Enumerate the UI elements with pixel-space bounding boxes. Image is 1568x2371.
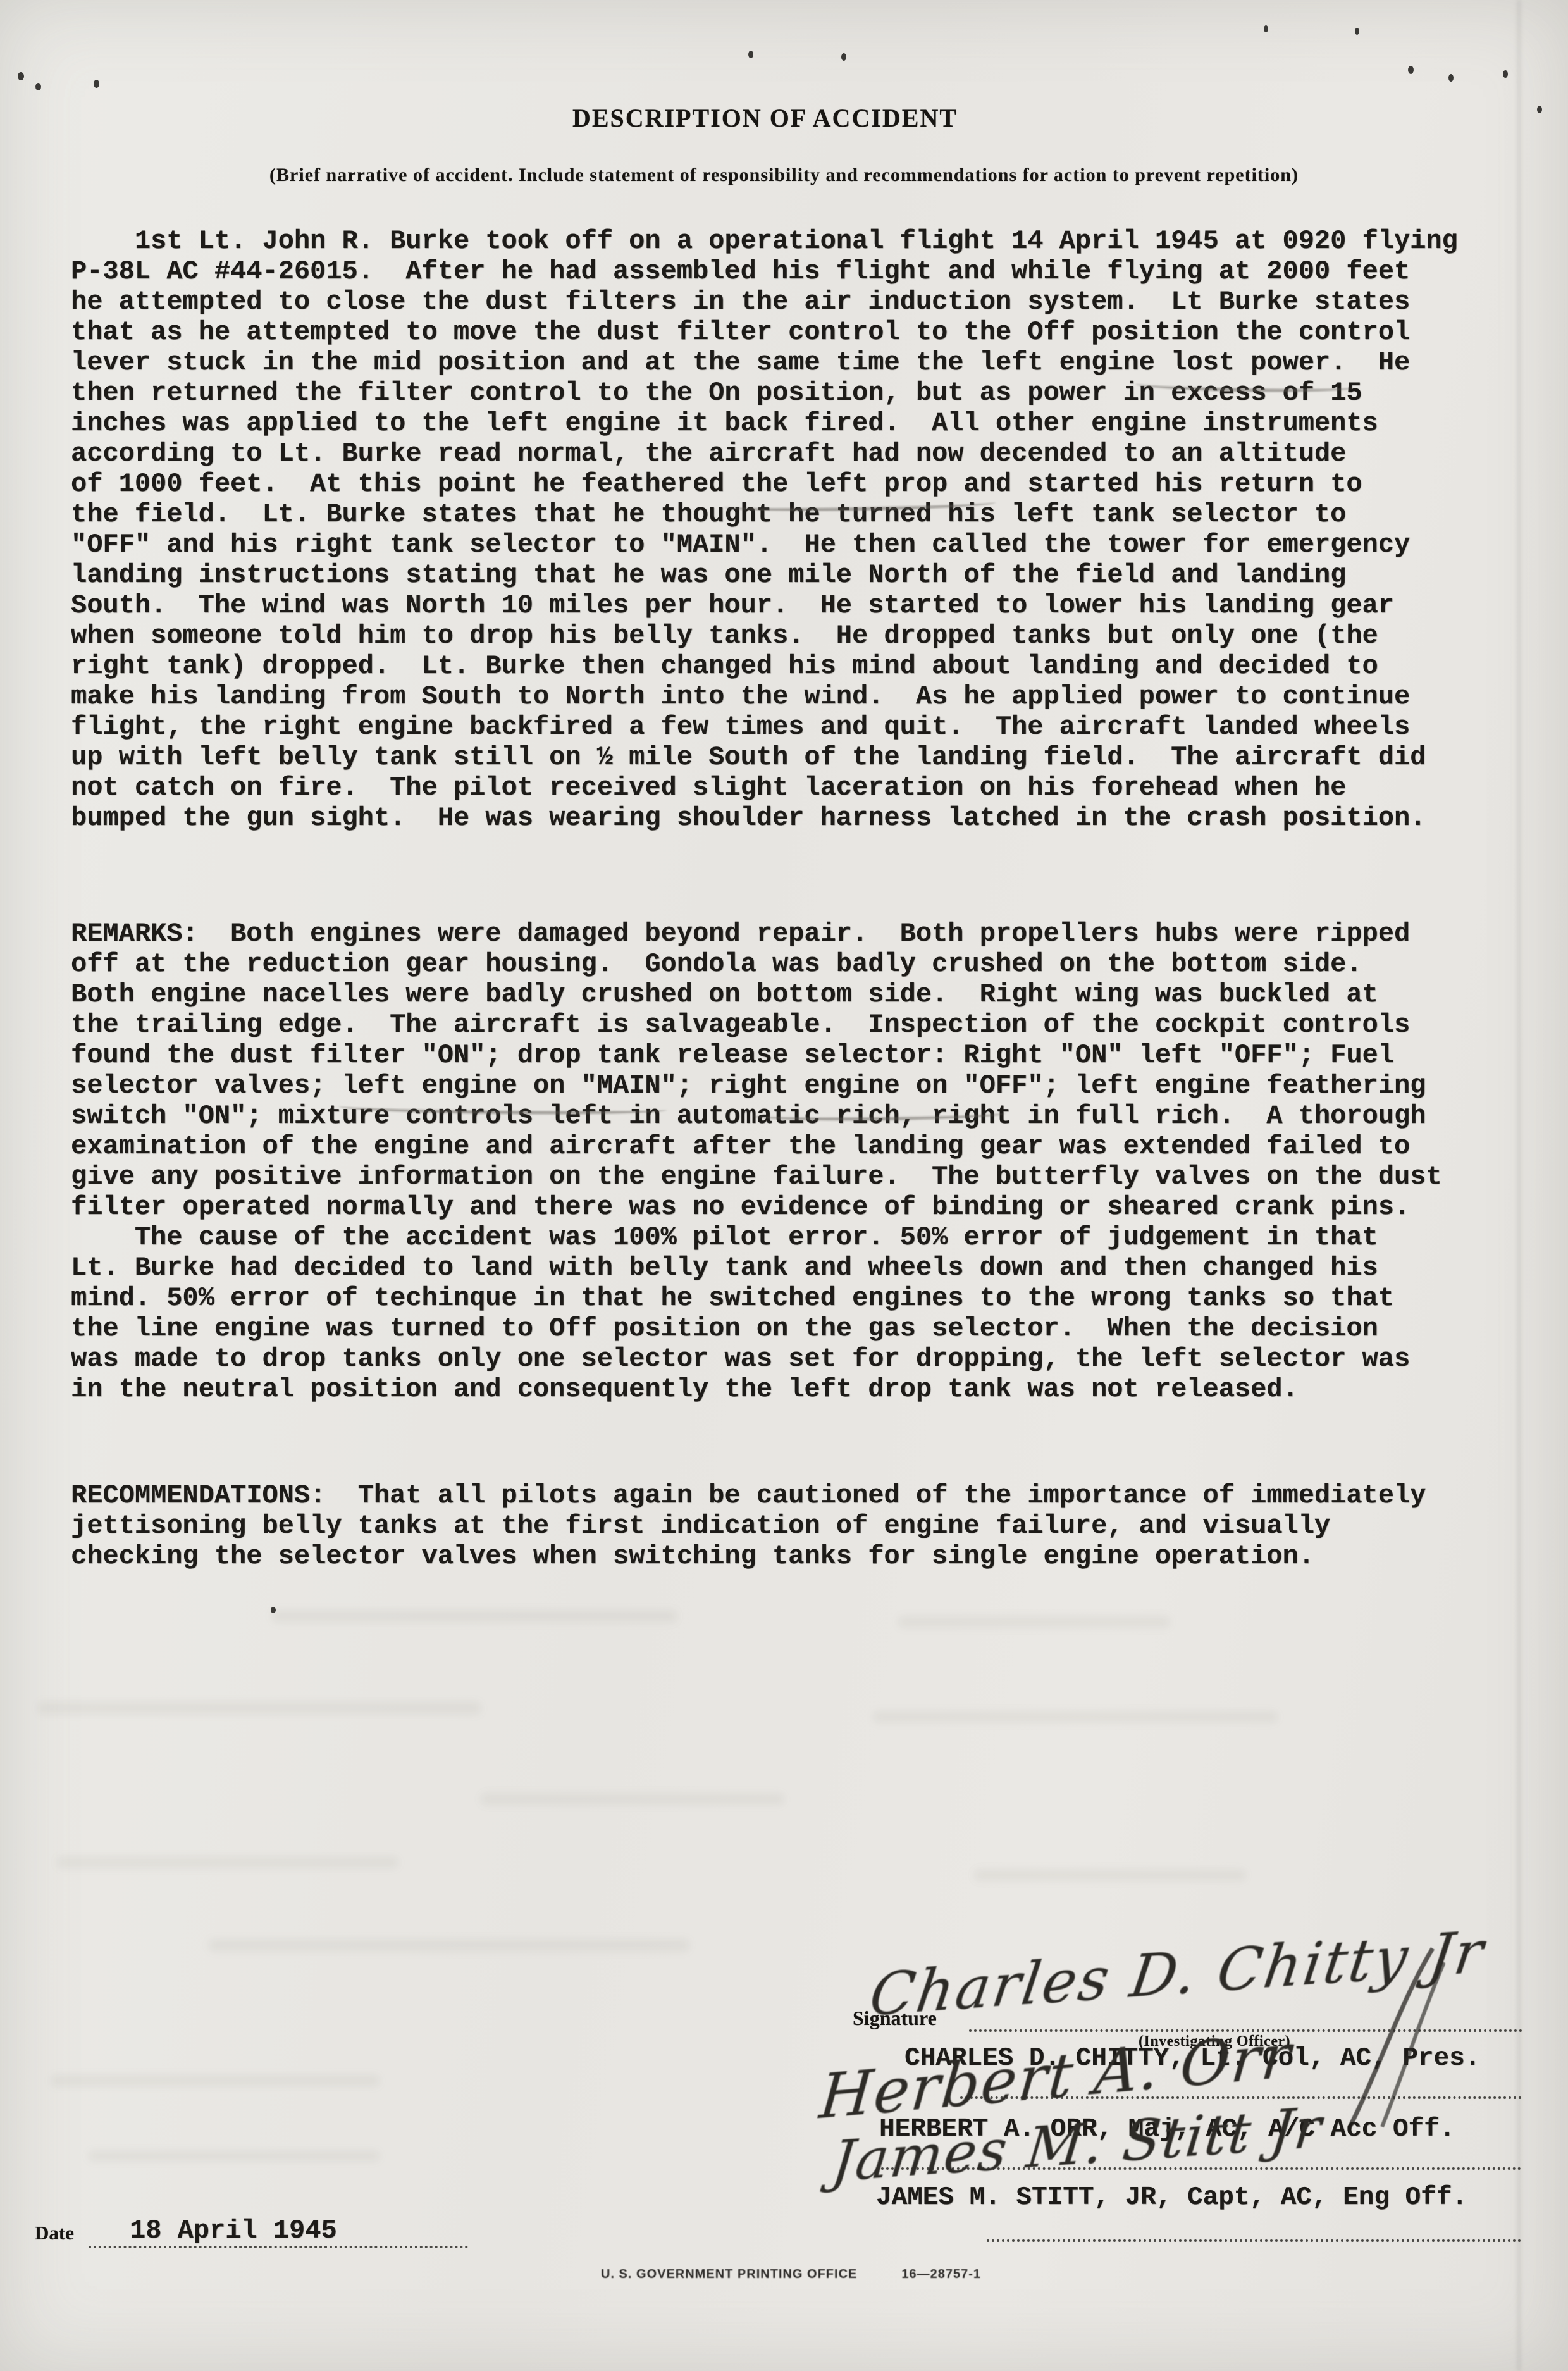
scan-speck bbox=[1448, 74, 1454, 82]
signature-dotted-line-4 bbox=[987, 2239, 1521, 2242]
accident-report-page: DESCRIPTION OF ACCIDENT (Brief narrative… bbox=[0, 0, 1568, 2371]
bleed-through-artifact bbox=[51, 2075, 380, 2086]
scan-speck bbox=[841, 53, 846, 61]
date-dotted-line bbox=[89, 2246, 468, 2248]
page-title: DESCRIPTION OF ACCIDENT bbox=[0, 103, 1530, 133]
bleed-through-artifact bbox=[57, 1857, 398, 1868]
scan-speck bbox=[18, 72, 24, 80]
scan-speck bbox=[1537, 106, 1542, 113]
date-label: Date bbox=[35, 2222, 74, 2244]
footer-form-number: 16—28757-1 bbox=[901, 2267, 981, 2282]
bleed-through-artifact bbox=[481, 1793, 784, 1805]
scan-speck bbox=[1355, 28, 1359, 35]
bleed-through-artifact bbox=[873, 1711, 1278, 1723]
bleed-through-artifact bbox=[974, 1869, 1246, 1881]
scan-speck bbox=[94, 80, 99, 88]
scan-speck bbox=[748, 51, 753, 58]
scan-speck bbox=[1264, 25, 1268, 32]
bleed-through-artifact bbox=[89, 2151, 380, 2161]
recommendations-paragraph: RECOMMENDATIONS: That all pilots again b… bbox=[71, 1480, 1426, 1571]
scan-speck bbox=[35, 83, 41, 90]
scan-speck bbox=[1503, 70, 1508, 78]
typed-name-stitt: JAMES M. STITT, JR, Capt, AC, Eng Off. bbox=[876, 2182, 1467, 2213]
page-fold-shadow bbox=[1517, 0, 1521, 2371]
date-value: 18 April 1945 bbox=[130, 2215, 337, 2246]
bleed-through-artifact bbox=[272, 1610, 677, 1623]
footer-printing-office: U. S. GOVERNMENT PRINTING OFFICE bbox=[601, 2267, 857, 2282]
accident-narrative: 1st Lt. John R. Burke took off on a oper… bbox=[71, 226, 1458, 833]
remarks-paragraph: REMARKS: Both engines were damaged beyon… bbox=[71, 919, 1442, 1404]
orr-signature-flourish bbox=[1338, 1943, 1445, 2133]
form-subtitle: (Brief narrative of accident. Include st… bbox=[0, 164, 1568, 186]
footer: U. S. GOVERNMENT PRINTING OFFICE 16—2875… bbox=[601, 2267, 981, 2282]
scan-speck bbox=[1408, 66, 1414, 74]
bleed-through-artifact bbox=[209, 1939, 689, 1952]
bleed-through-artifact bbox=[38, 1702, 481, 1714]
bleed-through-artifact bbox=[898, 1616, 1170, 1628]
